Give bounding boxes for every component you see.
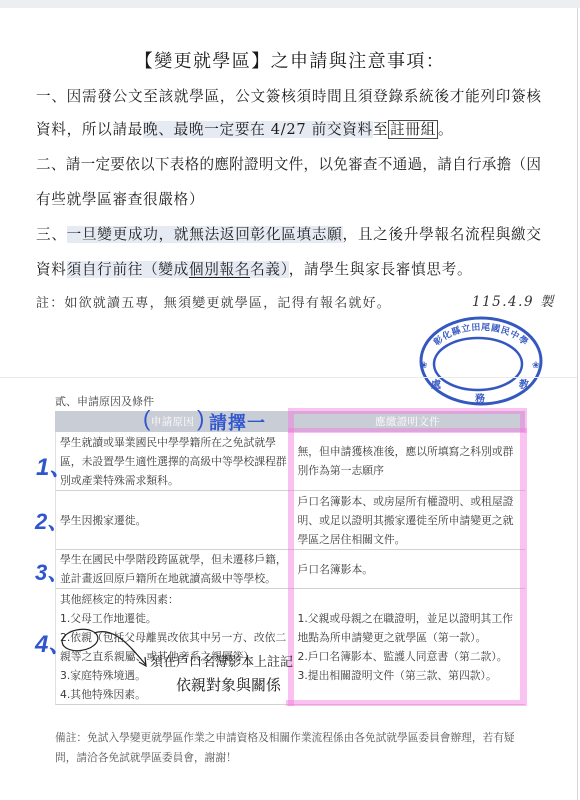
documents-cell: 戶口名簿影本。	[291, 550, 526, 588]
handwritten-note-line1: 須在戶口名簿影本上註記	[150, 651, 293, 670]
reason-line: 1.父母工作地遷徙。	[60, 609, 291, 628]
seal-char-left: 處	[431, 378, 441, 391]
documents-line: 地點為所申請變更之就學區（第一款）。	[298, 628, 526, 647]
item3-line1: 三、一旦變更成功，就無法返回彰化區填志願，且之後升學報名流程與繳交	[36, 224, 541, 246]
documents-line: 1.父親或母親之在職證明，並足以證明其工作	[298, 609, 526, 628]
remarks-line: 問，請洽各免試就學區委員會，謝謝！	[55, 748, 515, 768]
plum-blossom-right-icon: ❀	[532, 361, 540, 371]
handwritten-number-4: 4、	[35, 624, 72, 659]
documents-line: 戶口名簿影本、或房屋所有權證明、或租屋證	[298, 492, 526, 511]
document-page: 【變更就學區】之申請與注意事項： 一、因需發公文至該就學區，公文簽核須時間且須登…	[0, 0, 580, 800]
handwritten-number-3: 3、	[35, 556, 69, 587]
seal-char-right: 教	[518, 378, 530, 391]
section-divider	[0, 377, 577, 378]
reason-line: 並計畫返回原戶籍所在地就讀高級中等學校。	[60, 569, 291, 588]
reason-line: 學生在國民中學階段跨區就學，但未遷移戶籍，	[60, 550, 291, 569]
documents-cell: 戶口名簿影本、或房屋所有權證明、或租屋證 明、或足以證明其搬家遷徙至所申請變更之…	[291, 491, 526, 549]
documents-line: 學區之居住相關文件。	[298, 530, 526, 549]
footnote: 註：如欲就讀五專，無須變更就學區，記得有報名就好。	[36, 294, 391, 314]
pink-highlighter-right	[520, 414, 527, 700]
item2-line1-text: 二、請一定要依以下表格的應附證明文件，以免審查不通過，請自行承擔（因	[36, 156, 541, 173]
documents-line: 別作為第一志願序	[298, 461, 526, 480]
seal-char-center: 務	[474, 392, 485, 405]
reason-cell: 學生在國民中學階段跨區就學，但未遷移戶籍， 並計畫返回原戶籍所在地就讀高級中等學…	[56, 550, 291, 588]
item3-line2: 資料須自行前往（變成個別報名名義），請學生與家長審慎思考。	[36, 259, 472, 281]
reason-line: 2.依親（包括父母離異改依其中另一方、改依二	[60, 628, 291, 647]
item2-line2: 有些就學區審查很嚴格）	[36, 189, 204, 211]
item1-line1: 一、因需發公文至該就學區，公文簽核須時間且須登錄系統後才能列印簽核	[36, 86, 541, 108]
item1-line2-end: 。	[438, 121, 453, 138]
pink-highlighter-top	[288, 408, 527, 414]
issue-date: 115.4.9 製	[472, 292, 555, 312]
plum-blossom-left-icon: ❀	[420, 361, 428, 371]
handwritten-number-2: 2、	[35, 505, 69, 536]
reason-cell: 學生因搬家遷徙。	[56, 491, 291, 549]
documents-line: 2.戶口名簿影本、監護人同意書（第二款）。	[298, 647, 526, 666]
handwritten-number-1: 1、	[36, 447, 73, 482]
handwritten-note-line2: 依親對象與關係	[176, 674, 281, 695]
deadline-highlight: 晚、最晚一定要在 4/27 前交資料	[143, 121, 373, 138]
handwritten-choose-one: 請擇一	[209, 409, 266, 435]
school-seal-stamp-icon: 彰化縣立田尾國民中學 ❀ ❀ 處 務 教	[415, 312, 547, 412]
item1-line2: 資料，所以請最晚、最晚一定要在 4/27 前交資料至註冊組。	[36, 119, 453, 141]
reason-line: 學生就讀或畢業國民中學學籍所在之免試就學	[60, 433, 291, 452]
self-apply-highlight-a: 須自行前往（變成	[67, 261, 189, 278]
reason-cell: 學生就讀或畢業國民中學學籍所在之免試就學 區，未設置學生適性選擇的高級中等學校課…	[56, 432, 291, 490]
item3-line2-end: ，請學生與家長審慎思考。	[289, 261, 473, 278]
item1-line1-text: 一、因需發公文至該就學區，公文簽核須時間且須登錄系統後才能列印簽核	[36, 88, 541, 105]
item1-line2-mid: 至	[373, 121, 388, 138]
item2-line1: 二、請一定要依以下表格的應附證明文件，以免審查不通過，請自行承擔（因	[36, 154, 541, 176]
documents-line: 戶口名簿影本。	[298, 560, 526, 579]
pink-highlighter-bottom	[286, 700, 527, 706]
section-heading: 貳、申請原因及條件	[55, 395, 154, 409]
reason-line: 別或產業特殊需求類科。	[60, 471, 291, 490]
page-edge-line	[577, 8, 578, 800]
registration-office-boxed: 註冊組	[388, 120, 438, 139]
remarks: 備註：免試入學變更就學區作業之申請資格及相關作業流程係由各免試就學區委員會辦理，…	[55, 728, 515, 768]
item1-line2-pre: 資料，所以請最	[36, 121, 143, 138]
reason-line: 其他經核定的特殊因素：	[60, 590, 291, 609]
top-scan-band	[0, 0, 580, 8]
documents-line: 無，但申請獲核准後，應以所填寫之科別或群	[298, 442, 526, 461]
pink-highlighter-header-bottom	[288, 428, 527, 433]
self-apply-highlight-b: 名義）	[250, 261, 289, 278]
documents-line: 3.提出相關證明文件（第三款、第四款）。	[298, 666, 526, 685]
documents-cell: 無，但申請獲核准後，應以所填寫之科別或群 別作為第一志願序	[291, 432, 526, 490]
item3-line1-pre: 三、	[36, 226, 67, 243]
handwritten-paren-close: )	[197, 406, 204, 432]
notice-title: 【變更就學區】之申請與注意事項：	[0, 50, 580, 74]
reason-line: 學生因搬家遷徙。	[60, 511, 291, 530]
documents-cell: 1.父親或母親之在職證明，並足以證明其工作 地點為所申請變更之就學區（第一款）。…	[291, 589, 526, 704]
irreversible-highlight: 一旦變更成功，就無法返回彰化區填志願	[67, 226, 343, 243]
item2-line2-text: 有些就學區審查很嚴格）	[36, 191, 204, 208]
item3-line2-pre: 資料	[36, 261, 67, 278]
item3-line1-end: ，且之後升學報名流程與繳交	[343, 226, 541, 243]
individual-registration-underlined: 個別報名	[189, 261, 250, 278]
handwritten-paren-open: (	[143, 406, 150, 432]
remarks-line: 備註：免試入學變更就學區作業之申請資格及相關作業流程係由各免試就學區委員會辦理，…	[55, 728, 515, 748]
reason-line: 區，未設置學生適性選擇的高級中等學校課程群	[60, 452, 291, 471]
documents-line: 明、或足以證明其搬家遷徙至所申請變更之就	[298, 511, 526, 530]
